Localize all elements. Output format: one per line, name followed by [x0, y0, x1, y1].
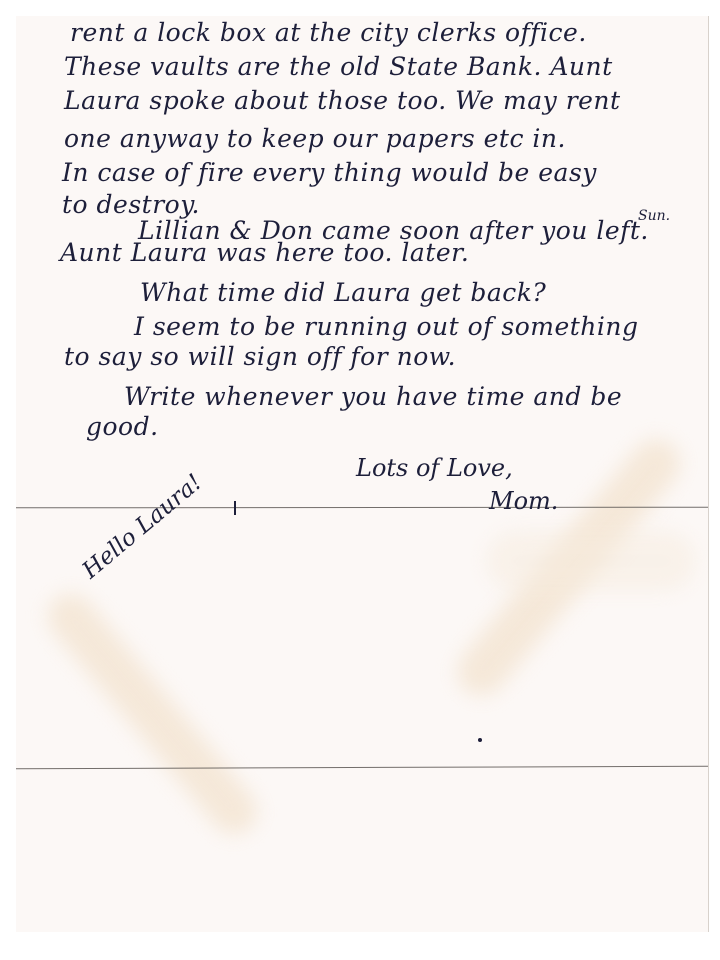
letter-line: to destroy. [62, 190, 200, 219]
letter-line: In case of fire every thing would be eas… [62, 158, 597, 187]
postscript-note: Hello Laura! [78, 469, 208, 584]
letter-page: rent a lock box at the city clerks offic… [16, 16, 709, 932]
letter-line: good. [86, 412, 159, 441]
letter-line: Aunt Laura was here too. later. [60, 238, 469, 267]
ink-dot [478, 738, 482, 742]
letter-closing: Lots of Love, [356, 454, 513, 482]
letter-line: I seem to be running out of something [134, 312, 639, 341]
ink-mark [234, 501, 236, 515]
fold-line-lower [16, 766, 708, 769]
paper-stain-left [38, 584, 266, 843]
letter-signature: Mom. [489, 487, 558, 515]
letter-line: What time did Laura get back? [140, 278, 546, 307]
letter-line: to say so will sign off for now. [64, 342, 456, 371]
letter-line: rent a lock box at the city clerks offic… [70, 18, 587, 47]
letter-line: one anyway to keep our papers etc in. [64, 124, 566, 153]
letter-line: Write whenever you have time and be [124, 382, 622, 411]
letter-line: These vaults are the old State Bank. Aun… [64, 52, 613, 81]
paper-stain-top-right [486, 531, 696, 591]
letter-line: Laura spoke about those too. We may rent [64, 86, 621, 115]
